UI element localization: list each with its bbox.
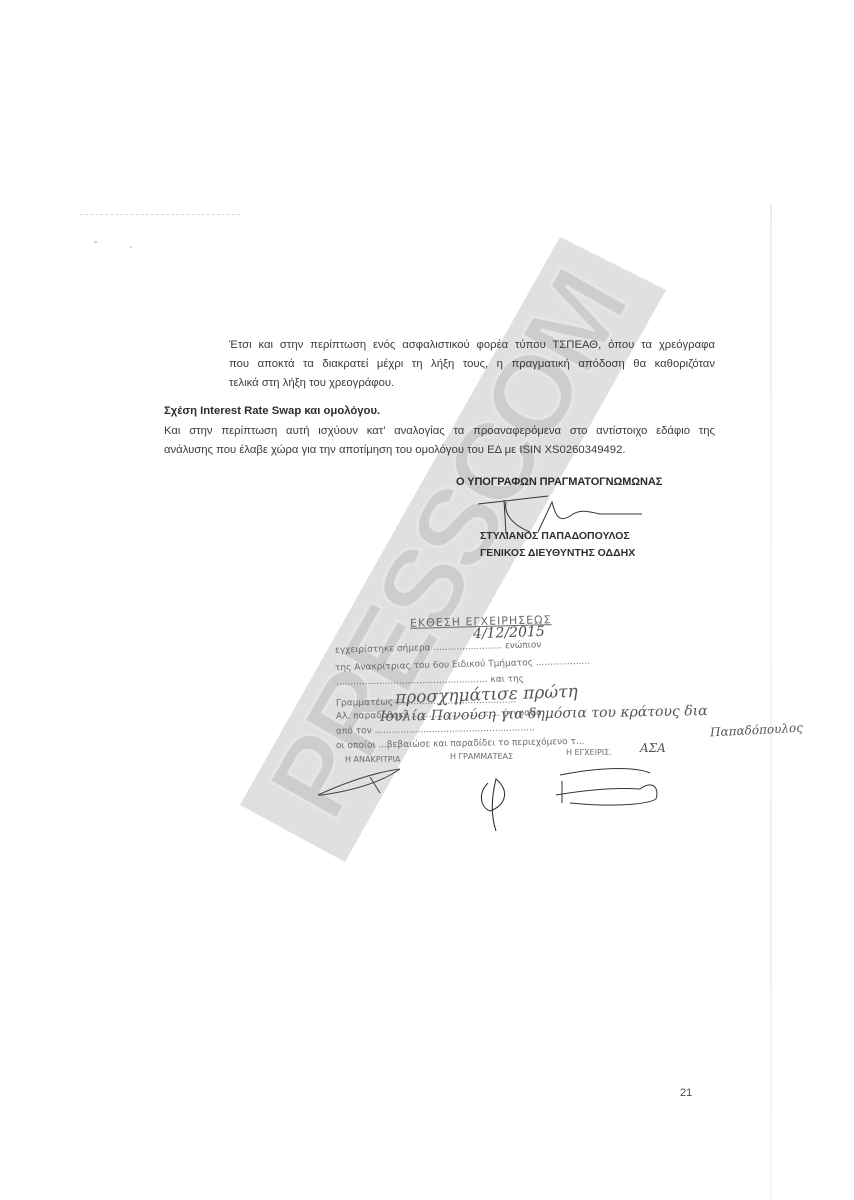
- paragraph-1-line: που αποκτά τα διακρατεί μέχρι τη λήξη το…: [229, 355, 715, 374]
- watermark: PRESSCOM: [0, 0, 854, 1200]
- paragraph-2-line: ανάλυσης που έλαβε χώρα για την αποτίμησ…: [164, 441, 715, 460]
- paragraph-1-line: τελικά στη λήξη του χρεογράφου.: [229, 374, 715, 393]
- scan-artifact: [80, 214, 240, 216]
- paragraph-2: Και στην περίπτωση αυτή ισχύουν κατ’ ανα…: [164, 422, 715, 460]
- signatory-title: Ο ΥΠΟΓΡΑΦΩΝ ΠΡΑΓΜΑΤΟΓΝΩΜΩΝΑΣ: [456, 476, 662, 488]
- handwritten-note: Παπαδόπουλος: [710, 721, 804, 740]
- scan-artifact: [94, 241, 97, 243]
- paragraph-1-line: Έτσι και στην περίπτωση ενός ασφαλιστικο…: [229, 336, 715, 355]
- paragraph-2-line: Και στην περίπτωση αυτή ισχύουν κατ’ ανα…: [164, 422, 715, 441]
- stamp-line: εγχειρίστηκε σήμερα ....................…: [335, 640, 542, 655]
- stamp-line: της Ανακρίτριας του 6ου Ειδικού Τμήματος…: [335, 657, 590, 674]
- stamp-line: οι οποίοι ...βεβαιώσε και παραδίδει το π…: [336, 737, 585, 751]
- scan-edge-line: [770, 205, 772, 1200]
- paragraph-1: Έτσι και στην περίπτωση ενός ασφαλιστικο…: [229, 336, 715, 393]
- handwritten-note: ΑΣΑ: [640, 741, 666, 755]
- page-number: 21: [680, 1087, 692, 1099]
- signatory-name: ΣΤΥΛΙΑΝΟΣ ΠΑΠΑΔΟΠΟΥΛΟΣ: [480, 530, 630, 542]
- stamp-signatures: [310, 755, 690, 835]
- scan-artifact: [130, 246, 132, 248]
- signatory-role: ΓΕΝΙΚΟΣ ΔΙΕΥΘΥΝΤΗΣ ΟΔΔΗΧ: [480, 547, 635, 559]
- section-heading: Σχέση Interest Rate Swap και ομολόγου.: [164, 405, 380, 417]
- document-page: PRESSCOM Έτσι και στην περίπτωση ενός ασ…: [0, 0, 854, 1200]
- stamp-line: από τον ................................…: [336, 723, 535, 736]
